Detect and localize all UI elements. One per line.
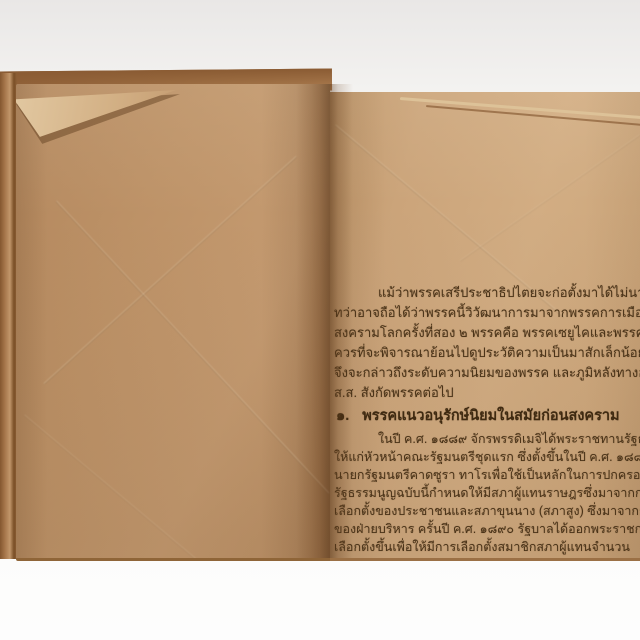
text-line: ทว่าอาจถือได้ว่าพรรคนี้วิวัฒนาการมาจากพร…	[334, 303, 636, 323]
text-line: เลือกตั้งขึ้นเพื่อให้มีการเลือกตั้งสมาชิ…	[334, 538, 636, 561]
text-line: สงครามโลกครั้งที่สอง ๒ พรรคคือ พรรคเซยูไ…	[334, 323, 636, 343]
crease-line	[23, 414, 223, 561]
text-line: เลือกตั้งของประชาชนและสภาขุนนาง (สภาสูง)…	[334, 502, 636, 520]
paragraph-2: ในปี ค.ศ. ๑๘๘๙ จักรพรรดิเมจิได้พระราชทาน…	[334, 430, 636, 561]
text-line: จึงจะกล่าวถึงระดับความนิยมของพรรค และภูม…	[334, 363, 636, 383]
text-line: ควรที่จะพิจารณาย้อนไปดูประวัติความเป็นมา…	[334, 343, 636, 363]
text-line: ในปี ค.ศ. ๑๘๘๙ จักรพรรดิเมจิได้พระราชทาน…	[334, 430, 636, 448]
page-block-left-edge	[0, 73, 17, 559]
text-line: ส.ส. สังกัดพรรคต่อไป	[334, 383, 636, 403]
paragraph-1: แม้ว่าพรรคเสรีประชาธิปไตยจะก่อตั้งมาได้ไ…	[334, 283, 636, 403]
text-line: นายกรัฐมนตรีคาดซูรา ทาโรเพื่อใช้เป็นหลัก…	[334, 466, 636, 484]
text-line: ให้แก่หัวหน้าคณะรัฐมนตรีชุดแรก ซึ่งตั้งข…	[334, 448, 636, 466]
left-page	[16, 84, 330, 561]
text-line: ของฝ่ายบริหาร ครั้นปี ค.ศ. ๑๘๙๐ รัฐบาลได…	[334, 520, 636, 538]
section-number: ๑.	[336, 405, 349, 427]
section-title: พรรคแนวอนุรักษ์นิยมในสมัยก่อนสงคราม	[362, 405, 619, 427]
section-heading: ๑. พรรคแนวอนุรักษ์นิยมในสมัยก่อนสงคราม	[336, 405, 638, 427]
page-edge-sliver	[400, 97, 640, 119]
text-line: รัฐธรรมนูญฉบับนี้กำหนดให้มีสภาผู้แทนราษฎ…	[334, 484, 636, 502]
book-photo: แม้ว่าพรรคเสรีประชาธิปไตยจะก่อตั้งมาได้ไ…	[0, 0, 640, 640]
text-line: แม้ว่าพรรคเสรีประชาธิปไตยจะก่อตั้งมาได้ไ…	[334, 283, 636, 303]
folded-corner	[16, 89, 176, 141]
right-page: แม้ว่าพรรคเสรีประชาธิปไตยจะก่อตั้งมาได้ไ…	[330, 92, 640, 561]
crease-line	[43, 156, 297, 385]
crease-line	[459, 134, 640, 262]
crease-line	[55, 200, 329, 494]
